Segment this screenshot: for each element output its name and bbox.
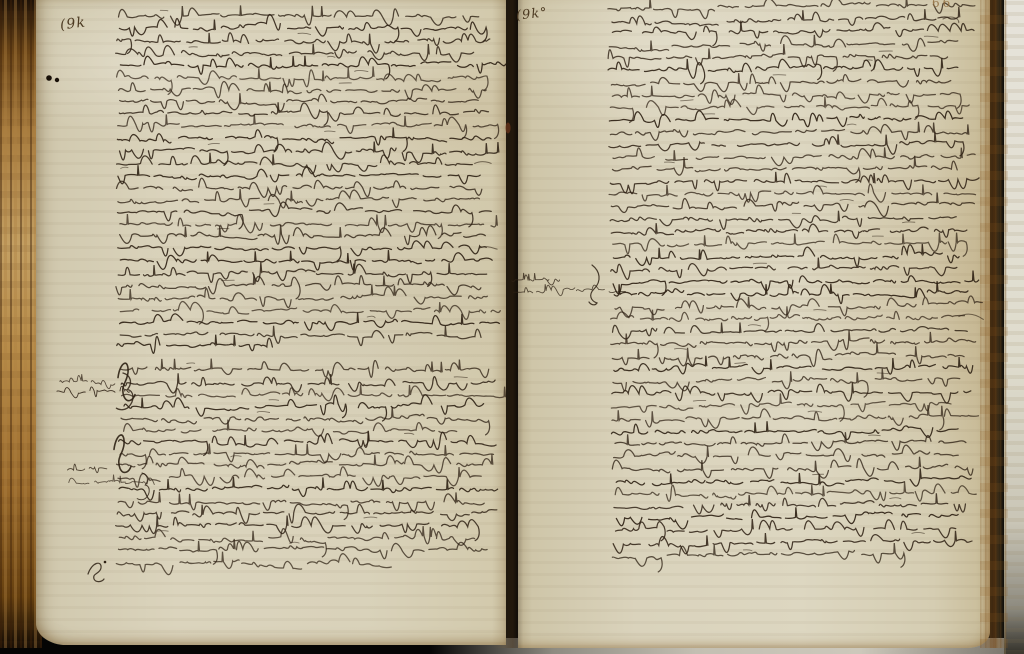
manuscript-photo: (9k (9k° 66	[0, 0, 1024, 654]
quire-mark-left: (9k	[59, 14, 87, 33]
book-gutter	[492, 0, 532, 648]
right-page-crease	[980, 0, 1008, 648]
right-page	[518, 0, 990, 648]
left-page	[36, 0, 506, 645]
folio-number: 66	[932, 0, 953, 10]
